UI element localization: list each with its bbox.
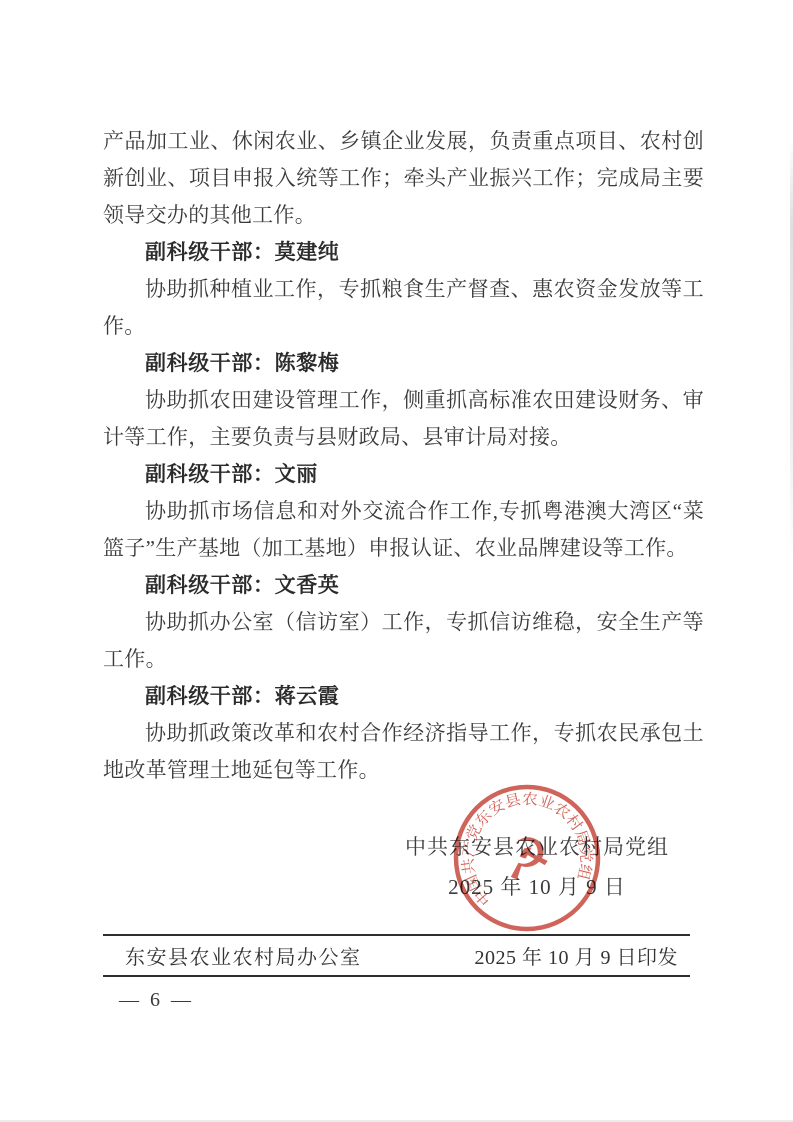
body-paragraph: 协助抓政策改革和农村合作经济指导工作，专抓农民承包土地改革管理土地延包等工作。 bbox=[103, 715, 704, 789]
footer-bar: 东安县农业农村局办公室 2025 年 10 月 9 日印发 bbox=[103, 934, 690, 977]
footer-issuing-office: 东安县农业农村局办公室 bbox=[103, 941, 362, 970]
body-paragraph: 协助抓办公室（信访室）工作，专抓信访维稳，安全生产等工作。 bbox=[103, 604, 704, 678]
section-heading-mo-jianchun: 副科级干部：莫建纯 bbox=[103, 234, 704, 271]
section-heading-wen-xiangying: 副科级干部：文香英 bbox=[103, 567, 704, 604]
page-number: — 6 — bbox=[119, 989, 194, 1012]
document-page: 产品加工业、休闲农业、乡镇企业发展，负责重点项目、农村创新创业、项目申报入统等工… bbox=[0, 0, 793, 1122]
signature-block: 中共东安县农业农村局党组 2025 年 10 月 9 日 bbox=[387, 827, 687, 907]
body-paragraph: 协助抓种植业工作，专抓粮食生产督查、惠农资金发放等工作。 bbox=[103, 271, 704, 345]
section-heading-jiang-yunxia: 副科级干部：蒋云霞 bbox=[103, 678, 704, 715]
signature-date: 2025 年 10 月 9 日 bbox=[387, 867, 687, 907]
document-body: 产品加工业、休闲农业、乡镇企业发展，负责重点项目、农村创新创业、项目申报入统等工… bbox=[103, 123, 704, 789]
footer-print-date: 2025 年 10 月 9 日印发 bbox=[475, 941, 691, 970]
body-paragraph: 协助抓农田建设管理工作，侧重抓高标准农田建设财务、审计等工作，主要负责与县财政局… bbox=[103, 382, 704, 456]
signature-org: 中共东安县农业农村局党组 bbox=[387, 827, 687, 867]
body-paragraph-continuation: 产品加工业、休闲农业、乡镇企业发展，负责重点项目、农村创新创业、项目申报入统等工… bbox=[103, 123, 704, 234]
body-paragraph: 协助抓市场信息和对外交流合作工作,专抓粤港澳大湾区“菜篮子”生产基地（加工基地）… bbox=[103, 493, 704, 567]
section-heading-chen-limei: 副科级干部：陈黎梅 bbox=[103, 345, 704, 382]
section-heading-wen-li: 副科级干部：文丽 bbox=[103, 456, 704, 493]
